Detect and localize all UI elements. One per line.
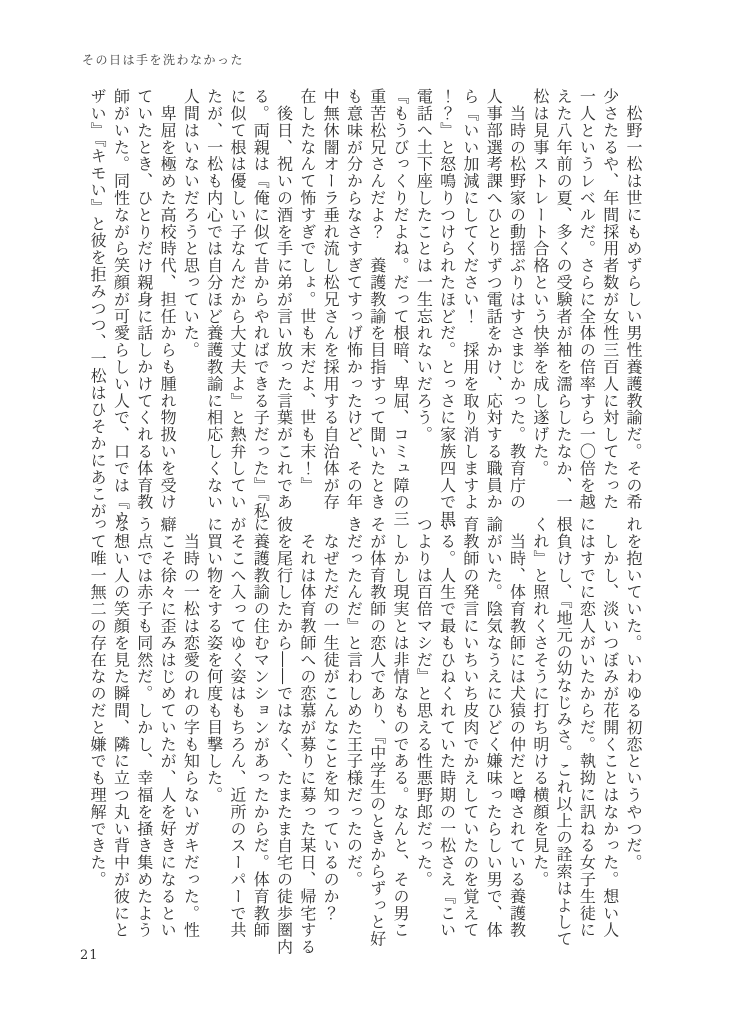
text-line: ていたとき、ひとりだけ親身に話しかけてくれる体育教 — [132, 88, 155, 508]
text-line: 当時の一松は恋愛のれの字も知らないガキだった。性 — [179, 516, 202, 936]
text-line: 卑屈を極めた高校時代、担任からも腫れ物扱いを受け — [156, 88, 179, 508]
text-line: いる。人生で最もひねくれていた時期の一松さえ『こい — [435, 516, 458, 936]
text-line: なぜただの一生徒がこんなことを知っているのか？ — [319, 516, 342, 936]
text-line: そが体育教師の恋人であり、『中学生のときからずっと好 — [365, 516, 388, 936]
text-line: えた八年前の夏、多くの受験者が袖を濡らしたなか、一 — [552, 88, 575, 508]
text-line: も意味が分からなさすぎてすっげ怖かったけど、その年 — [342, 88, 365, 508]
text-line: 松野一松は世にもめずらしい男性養護教諭だ。その希 — [622, 88, 645, 508]
text-line: つよりは百倍マシだ』と思える性悪野郎だった。 — [412, 516, 435, 936]
text-line: ！？』と怒鳴りつけられたほどだ。とっさに家族四人で黒 — [435, 88, 458, 508]
page-number: 21 — [80, 948, 99, 963]
text-line: れを抱いていた。いわゆる初恋というやつだ。 — [622, 516, 645, 936]
text-line: しかし、淡いつぼみが花開くことはなかった。想い人 — [598, 516, 621, 936]
text-line: きだったんだ』と言わしめた王子様だったのだ。 — [342, 516, 365, 936]
text-line: に養護教諭の住むマンションがあったからだ。体育教師 — [249, 516, 272, 936]
text-line: 当時、体育教師には犬猿の仲だと噂されている養護教 — [505, 516, 528, 936]
text-line: しかし現実とは非情なものである。なんと、その男こ — [389, 516, 412, 936]
text-line: って唯一無二の存在なのだと嫌でも理解できた。 — [86, 516, 109, 936]
text-line: な想い人の笑顔を見た瞬間、隣に立つ丸い背中が彼にと — [109, 516, 132, 936]
text-line: に買い物をする姿を何度も目撃した。 — [202, 516, 225, 936]
text-line: 師がいた。同性ながら笑顔が可愛らしい人で、口では『ウ — [109, 88, 132, 508]
text-line: 『もうびっくりだよね。だって根暗、卑屈、コミュ障の三 — [389, 88, 412, 508]
text-line: ザい』『キモい』と彼を拒みつつ、一松はひそかにあこが — [86, 88, 109, 508]
text-line: にはすでに恋人がいたからだ。執拗に訊ねる女子生徒に — [575, 516, 598, 936]
lower-text-block: れを抱いていた。いわゆる初恋というやつだ。 しかし、淡いつぼみが花開くことはなか… — [85, 516, 645, 936]
text-line: 人間はいないだろうと思っていた。 — [179, 88, 202, 508]
text-line: それは体育教師への恋慕が募りに募った某日、帰宅する — [296, 516, 319, 936]
text-line: 癖こそ徐々に歪みはじめていたが、人を好きになるとい — [156, 516, 179, 936]
text-line: 重苦松兄さんだよ？ 養護教諭を目指すって聞いたとき — [365, 88, 388, 508]
text-line: 当時の松野家の動揺ぶりはすさまじかった。教育庁の — [505, 88, 528, 508]
text-line: 後日、祝いの酒を手に弟が言い放った言葉がこれであ — [272, 88, 295, 508]
text-line: 彼を尾行したから――ではなく、たまたま自宅の徒歩圏内 — [272, 516, 295, 936]
text-line: くれ』と照れくさそうに打ち明ける横顔を見た。 — [529, 516, 552, 936]
running-header-title: その日は手を洗わなかった — [82, 51, 244, 68]
text-line: 在したなんて怖すぎでしょ。世も末だよ、世も末！』 — [296, 88, 319, 508]
text-line: 育教師の発言にいちいち皮肉でかえしていたのを覚えて — [459, 516, 482, 936]
text-line: に似て根は優しい子なんだから大丈夫よ』と熱弁してい — [226, 88, 249, 508]
text-line: 人事部選考課へひとりずつ電話をかけ、応対する職員か — [482, 88, 505, 508]
book-page: その日は手を洗わなかった 松野一松は世にもめずらしい男性養護教諭だ。その希少さた… — [0, 0, 730, 1024]
text-line: 諭がいた。陰気なうえにひどく嫌味ったらしい男で、体 — [482, 516, 505, 936]
text-line: る。両親は『俺に似て昔からやればできる子だった』『私 — [249, 88, 272, 508]
upper-text-block: 松野一松は世にもめずらしい男性養護教諭だ。その希少さたるや、年間採用者数が女性三… — [85, 88, 645, 508]
text-line: 少さたるや、年間採用者数が女性三百人に対してたった — [598, 88, 621, 508]
text-line: 根負けし、『地元の幼なじみさ。これ以上の詮索はよして — [552, 516, 575, 936]
text-line: ら『いい加減にしてください！ 採用を取り消しますよ — [459, 88, 482, 508]
text-line: がそこへ入ってゆく姿はもちろん、近所のスーパーで共 — [226, 516, 249, 936]
text-line: 電話へ土下座したことは一生忘れないだろう。 — [412, 88, 435, 508]
text-line: たが、一松も内心では自分ほど養護教諭に相応しくない — [202, 88, 225, 508]
text-line: う点では赤子も同然だ。しかし、幸福を掻き集めたよう — [132, 516, 155, 936]
text-line: 中無休闇オーラ垂れ流し松兄さんを採用する自治体が存 — [319, 88, 342, 508]
text-line: 一人というレベルだ。さらに全体の倍率すら一〇倍を越 — [575, 88, 598, 508]
text-line: 松は見事ストレート合格という快挙を成し遂げた。 — [529, 88, 552, 508]
